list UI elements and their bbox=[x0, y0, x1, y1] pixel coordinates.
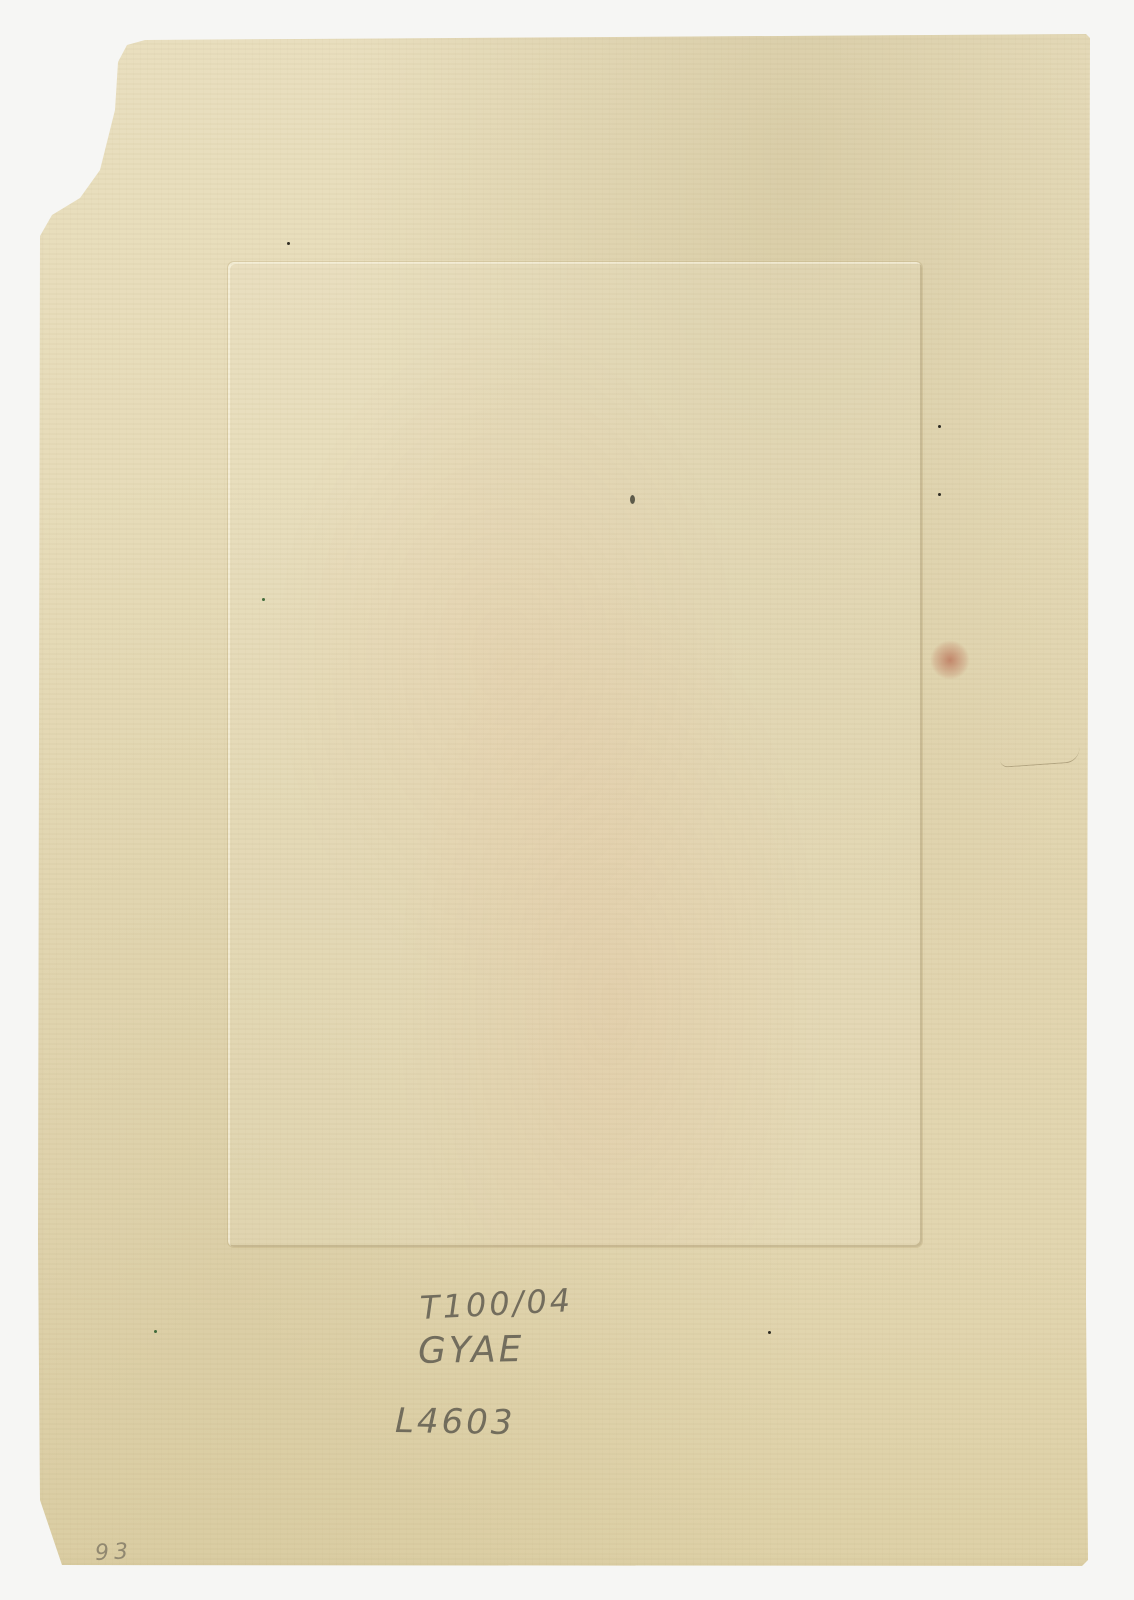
paper-crease bbox=[1000, 747, 1081, 768]
pencil-inscription-line-3: L4603 bbox=[395, 1401, 516, 1443]
pencil-inscription-line-2: GYAE bbox=[418, 1329, 525, 1372]
ink-speck bbox=[154, 1330, 157, 1333]
embossed-plate-mark bbox=[228, 262, 922, 1247]
pencil-inscription-line-1: T100/04 bbox=[419, 1281, 574, 1327]
ink-speck bbox=[630, 495, 635, 504]
ink-speck bbox=[768, 1331, 771, 1334]
ink-speck bbox=[938, 425, 941, 428]
pencil-corner-mark: 93 bbox=[94, 1539, 133, 1566]
ink-speck bbox=[262, 598, 265, 601]
ink-speck bbox=[287, 242, 290, 245]
paper-sheet: T100/04 GYAE L4603 93 bbox=[0, 0, 1134, 1600]
foxing-stain bbox=[930, 640, 970, 680]
ink-speck bbox=[938, 493, 941, 496]
